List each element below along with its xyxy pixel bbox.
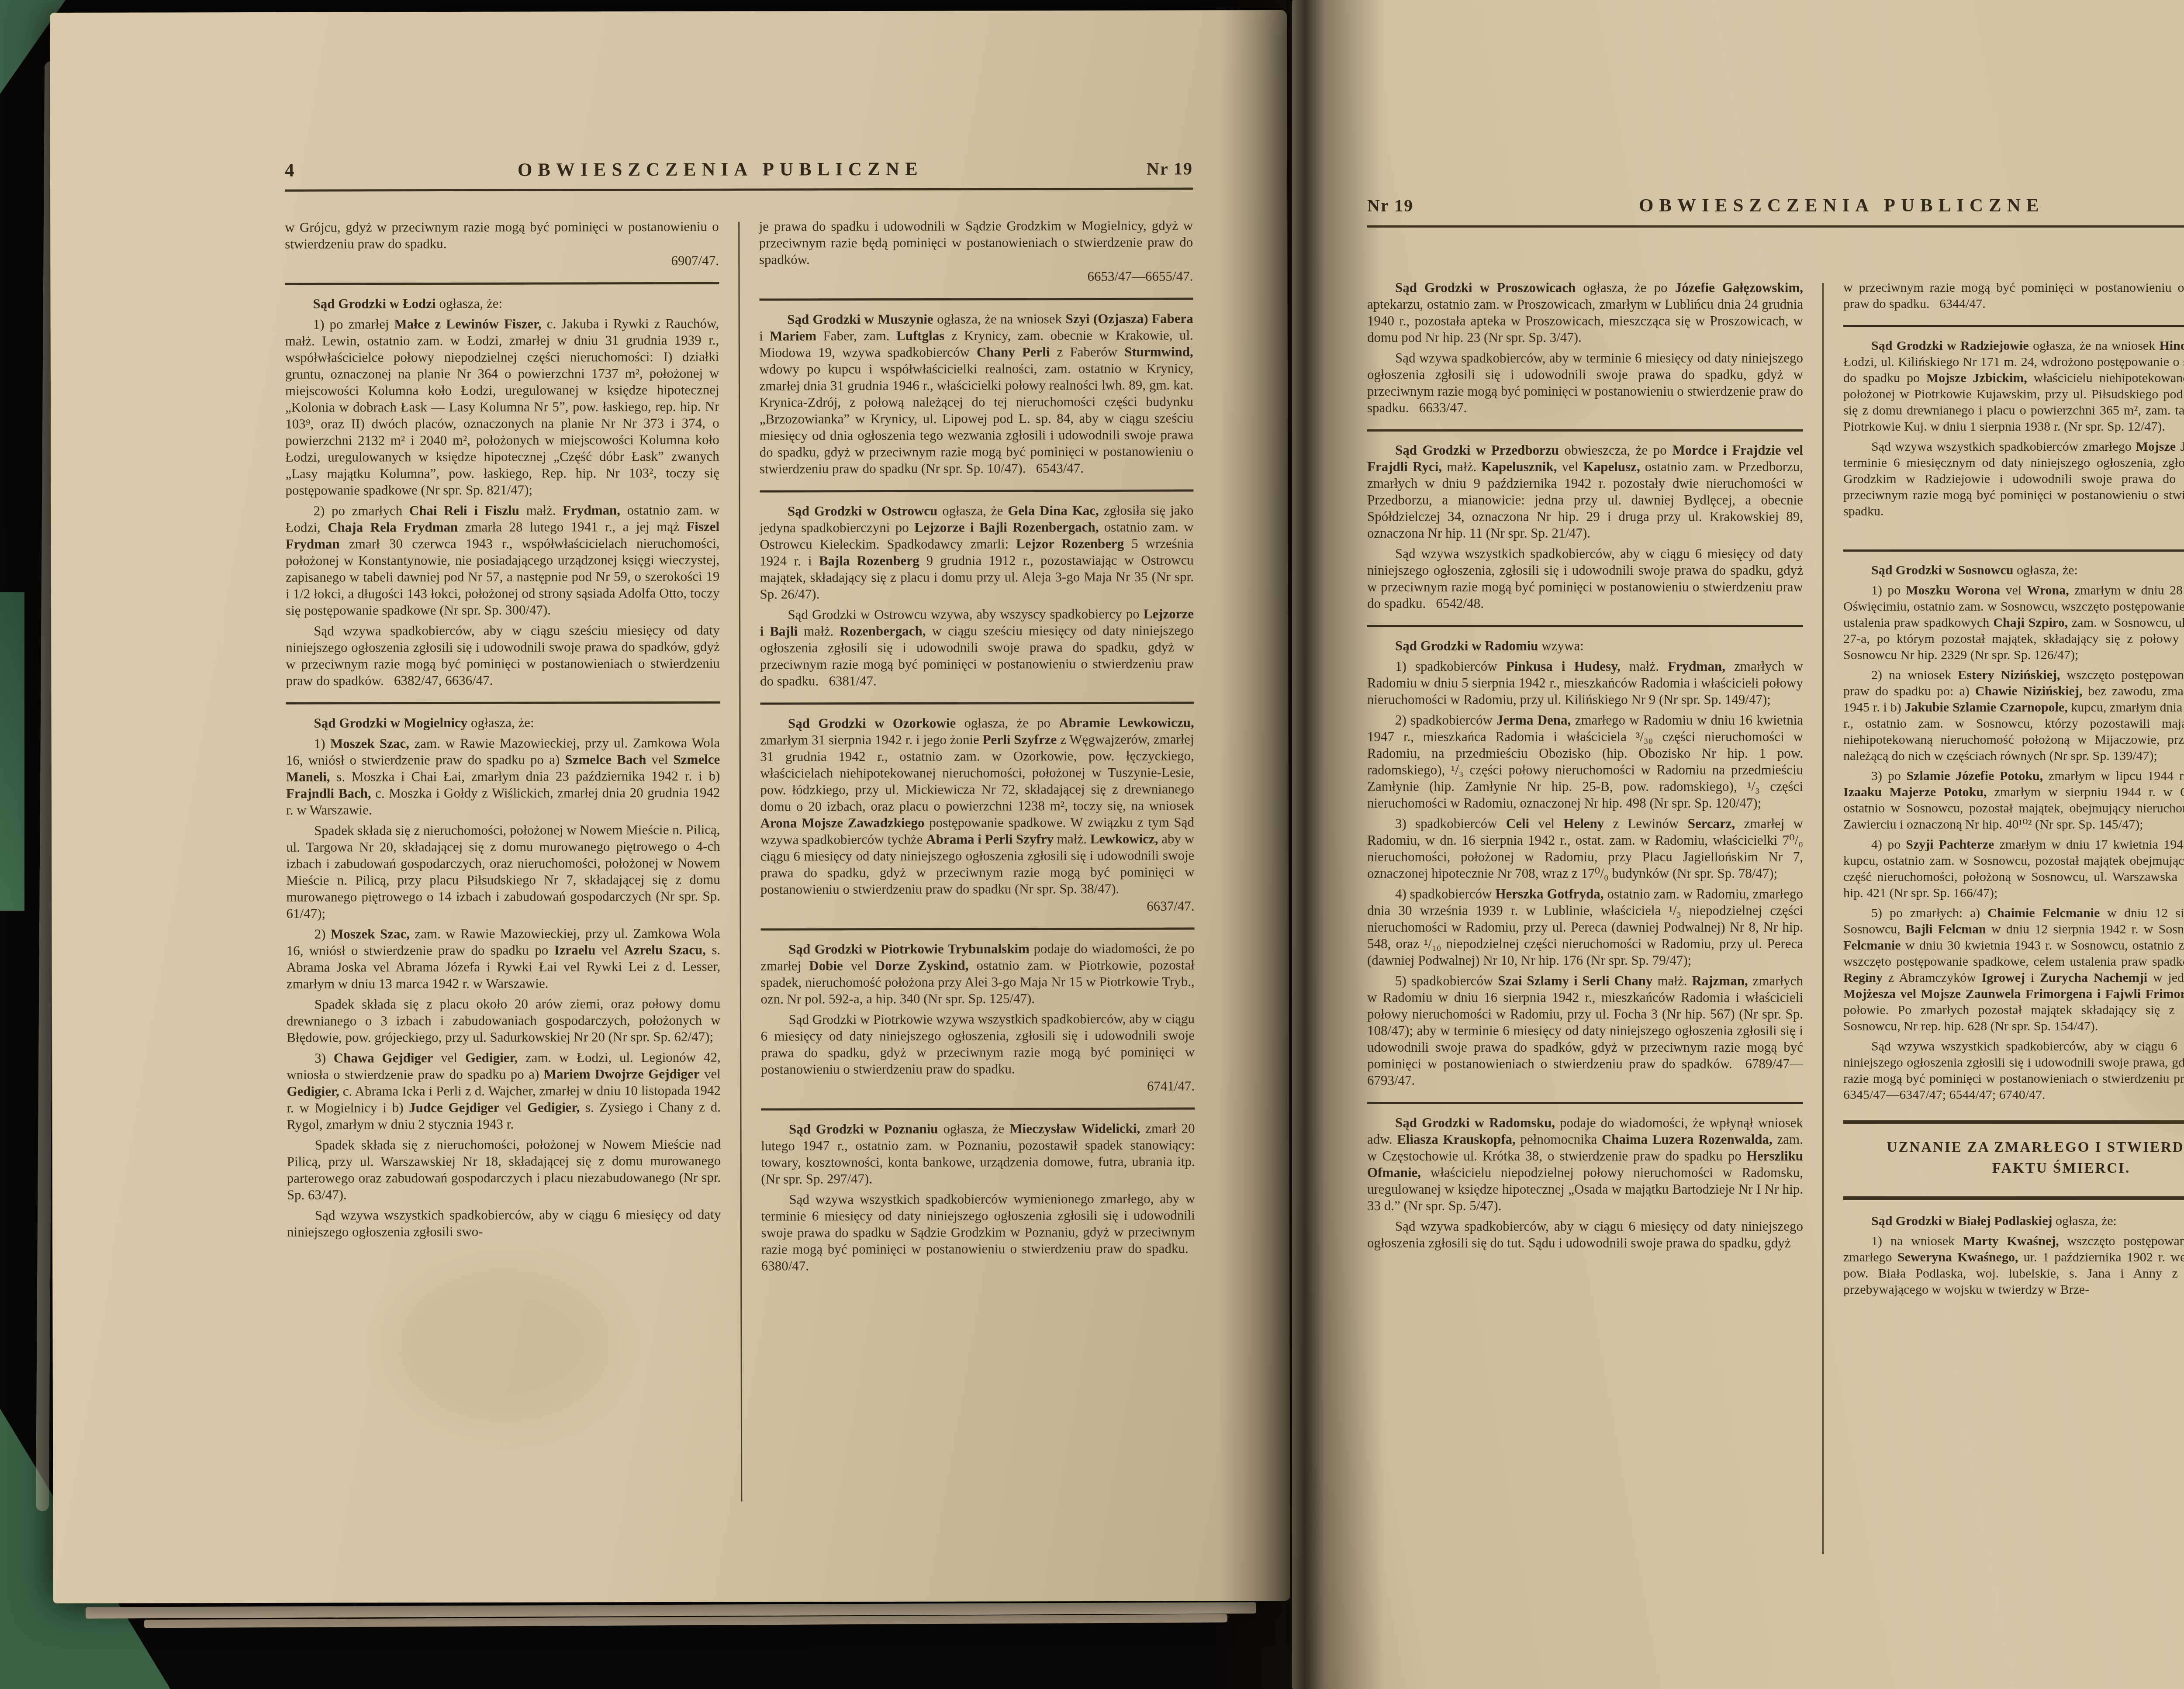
emphasis: Zurycha Nachemji — [2040, 971, 2147, 985]
emphasis: Bajli Felcman — [1906, 922, 1986, 936]
emphasis: Heleny — [1563, 816, 1604, 831]
emphasis: Chaimie Felcmanie — [1987, 906, 2100, 920]
paragraph: 1) po Moszku Worona vel Wrona, zmarłym w… — [1843, 582, 2184, 663]
paragraph: Spadek składa się z nieruchomości, położ… — [287, 1136, 721, 1203]
emphasis: Chaji Szpiro, — [1993, 615, 2068, 630]
emphasis: Sąd Grodzki w Ozorkowie — [788, 715, 956, 731]
paragraph: 2) po zmarłych Chai Reli i Fiszlu małż. … — [286, 502, 720, 619]
emphasis: Sąd Grodzki w Radziejowie — [1871, 338, 2029, 353]
paragraph: Sąd Grodzki w Mogielnicy ogłasza, że: — [286, 714, 720, 732]
emphasis: Frajndli Bach, — [286, 785, 371, 801]
case-reference: 6637/47. — [760, 898, 1195, 915]
emphasis: Chawie Nizińskiej, — [1975, 684, 2083, 698]
paragraph: Sąd wzywa wszystkich spadkobierców, aby … — [1367, 546, 1803, 612]
paragraph: Sąd Grodzki w Ostrowcu wzywa, aby wszysc… — [760, 605, 1194, 689]
paragraph: 3) Chawa Gejdiger vel Gedigier, zam. w Ł… — [287, 1049, 721, 1133]
section-divider — [1843, 1196, 2184, 1200]
page-number: 4 — [285, 160, 294, 181]
paragraph: Spadek składa się z placu około 20 arów … — [287, 995, 721, 1046]
emphasis: Frydman, — [563, 502, 620, 518]
emphasis: Sercarz, — [1688, 816, 1735, 831]
paragraph: Sąd Grodzki w Muszynie ogłasza, że na wn… — [759, 310, 1193, 477]
emphasis: Sąd Grodzki w Białej Podlaskiej — [1871, 1214, 2053, 1228]
paragraph: Sąd Grodzki w Ostrowcu ogłasza, że Gela … — [760, 502, 1194, 602]
paragraph: 1) po zmarłej Małce z Lewinów Fiszer, c.… — [285, 315, 719, 499]
paragraph: Sąd wzywa wszystkich spadkobierców wymie… — [761, 1190, 1195, 1274]
paragraph: 3) po Szlamie Józefie Potoku, zmarłym w … — [1843, 768, 2184, 832]
paragraph: 1) na wniosek Marty Kwaśnej, wszczęto po… — [1843, 1233, 2184, 1298]
paragraph: Sąd Grodzki w Radomsku, podaje do wiadom… — [1367, 1115, 1803, 1214]
emphasis: Frydman, — [1668, 659, 1725, 674]
emphasis: Sturmwind, — [1124, 344, 1193, 359]
paragraph: Sąd wzywa wszystkich spadkobierców zmarł… — [1843, 439, 2184, 519]
emphasis: Pinkusa i Hudesy, — [1506, 659, 1621, 674]
case-reference: 6907/47. — [285, 252, 719, 270]
emphasis: Sąd Grodzki w Przedborzu — [1395, 442, 1559, 458]
emphasis: Chany Perli — [977, 344, 1050, 359]
emphasis: Sąd Grodzki w Łodzi — [313, 296, 436, 311]
header-rule — [1367, 225, 2184, 228]
emphasis: Lejzorze i Bajli — [760, 606, 1194, 639]
emphasis: Mojsze Jzbickiego, — [2136, 439, 2184, 454]
paragraph: Spadek składa się z nieruchomości, położ… — [286, 822, 720, 922]
emphasis: Azrelu Szacu, — [624, 942, 706, 957]
emphasis: Małce z Lewinów Fiszer, — [394, 316, 542, 332]
emphasis: Sąd Grodzki w Piotrkowie Trybunalskim — [788, 941, 1030, 957]
column-divider — [738, 222, 742, 1502]
section-divider — [286, 701, 720, 705]
paragraph: Sąd wzywa wszystkich spadkobierców, aby … — [287, 1206, 721, 1240]
page-5-column-2: w przeciwnym razie mogą być pominięci w … — [1843, 280, 2184, 1298]
case-reference: 6653/47—6655/47. — [759, 268, 1193, 285]
page-5: Nr 19 OBWIESZCZENIA PUBLICZNE 5 Sąd Grod… — [1292, 0, 2184, 1689]
emphasis: Igrowej — [1982, 971, 2025, 985]
paragraph: Sąd Grodzki w Ozorkowie ogłasza, że po A… — [760, 714, 1194, 898]
issue-number: Nr 19 — [1367, 195, 1413, 216]
page-4-header: 4 OBWIESZCZENIA PUBLICZNE Nr 19 — [285, 158, 1193, 181]
emphasis: Sąd Grodzki w Radomiu — [1395, 638, 1538, 653]
paragraph: 5) po zmarłych: a) Chaimie Felcmanie w d… — [1843, 905, 2184, 1034]
emphasis: Perli Szyfrze — [983, 732, 1057, 747]
emphasis: Kapelusz, — [1583, 459, 1640, 474]
paragraph: 1) Moszek Szac, zam. w Rawie Mazowieckie… — [286, 735, 720, 819]
journal-title: OBWIESZCZENIA PUBLICZNE — [1639, 195, 2045, 216]
emphasis: Moszek Szac, — [331, 926, 410, 941]
paragraph: 3) spadkobierców Celi vel Heleny z Lewin… — [1367, 815, 1803, 882]
section-banner: UZNANIE ZA ZMARŁEGO I STWIERDZENIE FAKTU… — [1856, 1137, 2184, 1179]
scanned-gazette-photo: { "colors": { "paper": "#d3c4a5", "ink":… — [0, 0, 2184, 1689]
emphasis: Celi — [1506, 816, 1529, 831]
emphasis: Mojżesza vel Mojsze Zaunwela Frimorgena … — [1843, 987, 2184, 1001]
emphasis: Jerma Dena, — [1496, 712, 1571, 728]
emphasis: Wrona, — [2027, 583, 2069, 598]
section-divider — [1843, 1120, 2184, 1124]
emphasis: Herszliku Ofmanie, — [1367, 1148, 1803, 1180]
emphasis: Józefie Gałęzowskim, — [1675, 280, 1803, 295]
paragraph: w Grójcu, gdyż w przeciwnym razie mogą b… — [285, 218, 719, 252]
emphasis: Chai Reli i Fiszlu — [409, 503, 519, 518]
emphasis: Kapelusznik, — [1481, 459, 1557, 474]
header-rule — [285, 187, 1193, 191]
emphasis: Sąd Grodzki w Radomsku, — [1395, 1115, 1555, 1130]
emphasis: Rozenbergach, — [840, 623, 926, 639]
case-reference: 6741/47. — [761, 1078, 1195, 1095]
emphasis: Jakubie Szlamie Czarnopole, — [1904, 700, 2067, 715]
paragraph: Sąd Grodzki w Proszowicach ogłasza, że p… — [1367, 280, 1803, 346]
emphasis: Herszka Gotfryda, — [1495, 886, 1603, 901]
emphasis: Szlamie Józefie Potoku, — [1906, 769, 2043, 783]
paragraph: 4) po Szyji Pachterze zmarłym w dniu 17 … — [1843, 836, 2184, 901]
emphasis: Estery Nizińskiej, — [1958, 668, 2060, 682]
case-reference: 4888/47. — [1843, 520, 2184, 536]
emphasis: Mariem Dwojrze Gejdiger — [544, 1066, 700, 1082]
emphasis: Sąd Grodzki w Muszynie — [787, 311, 933, 327]
emphasis: Szai Szlamy i Serli Chany — [1498, 973, 1652, 988]
emphasis: Izraelu — [554, 942, 596, 957]
paragraph: Sąd Grodzki w Poznaniu ogłasza, że Miecz… — [761, 1120, 1195, 1187]
page-4-column-1: w Grójcu, gdyż w przeciwnym razie mogą b… — [285, 218, 721, 1275]
section-divider — [760, 701, 1194, 705]
paragraph: 4) spadkobierców Herszka Gotfryda, ostat… — [1367, 886, 1803, 969]
emphasis: Gedigier, — [287, 1084, 339, 1099]
emphasis: Bajla Rozenberg — [819, 553, 919, 568]
emphasis: Chaima Luzera Rozenwalda, — [1602, 1132, 1773, 1147]
emphasis: Marty Kwaśnej, — [1963, 1234, 2059, 1248]
section-divider — [1367, 1102, 1803, 1104]
section-divider — [759, 297, 1193, 300]
emphasis: Abramie Lewkowiczu, — [1059, 715, 1194, 730]
emphasis: Szyji Pachterze — [1906, 837, 1994, 852]
column-divider — [1822, 283, 1824, 1554]
emphasis: Mieczysław Widelicki, — [1009, 1121, 1140, 1136]
section-divider — [1843, 549, 2184, 552]
emphasis: Abrama i Perli Szyfry — [926, 831, 1054, 847]
emphasis: Sąd Grodzki w Sosnowcu — [1871, 563, 2013, 577]
journal-title: OBWIESZCZENIA PUBLICZNE — [518, 159, 923, 181]
emphasis: Gela Dina Kac, — [1008, 503, 1099, 518]
emphasis: Sąd Grodzki w Ostrowcu — [788, 503, 937, 519]
emphasis: Gedigier, — [465, 1050, 518, 1065]
paragraph: w przeciwnym razie mogą być pominięci w … — [1843, 280, 2184, 312]
paragraph: Sąd Grodzki w Przedborzu obwieszcza, że … — [1367, 442, 1803, 542]
page-4-column-2: je prawa do spadku i udowodnili w Sądzie… — [759, 217, 1196, 1274]
paragraph: Sąd Grodzki w Białej Podlaskiej ogłasza,… — [1843, 1213, 2184, 1229]
paragraph: Sąd wzywa spadkobierców, aby w ciągu 6 m… — [1367, 1218, 1803, 1251]
emphasis: Seweryna Kwaśnego, — [1897, 1250, 2018, 1264]
emphasis: Mojsze Jzbickim, — [1926, 371, 2027, 385]
section-divider — [1367, 429, 1803, 432]
emphasis: Lejzorze i Bajli Rozenbergach, — [914, 519, 1099, 535]
emphasis: Luftglas — [896, 328, 944, 343]
paragraph: 1) spadkobierców Pinkusa i Hudesy, małż.… — [1367, 658, 1803, 708]
section-divider — [760, 927, 1195, 930]
page-5-column-1: Sąd Grodzki w Proszowicach ogłasza, że p… — [1367, 280, 1803, 1298]
issue-number: Nr 19 — [1147, 158, 1193, 179]
section-divider — [1367, 625, 1803, 627]
emphasis: Judce Gejdiger — [409, 1100, 499, 1115]
emphasis: Chawa Gejdiger — [334, 1050, 433, 1065]
emphasis: Lejzor Rozenberg — [1016, 536, 1124, 552]
section-divider — [285, 282, 719, 285]
emphasis: Rajzman, — [1692, 973, 1748, 988]
section-divider — [761, 1107, 1195, 1110]
page-5-columns: Sąd Grodzki w Proszowicach ogłasza, że p… — [1367, 280, 2184, 1298]
emphasis: Eliasza Krauskopfa, — [1397, 1132, 1516, 1147]
emphasis: Chaja Rela Frydman — [328, 519, 458, 535]
emphasis: Moszek Szac, — [330, 736, 409, 751]
section-divider — [760, 489, 1194, 492]
section-divider — [1843, 325, 2184, 327]
paragraph: Sąd Grodzki w Łodzi ogłasza, że: — [285, 295, 719, 312]
paragraph: Sąd Grodzki w Piotrkowie Trybunalskim po… — [760, 940, 1195, 1007]
paragraph: Sąd Grodzki w Sosnowcu ogłasza, że: — [1843, 562, 2184, 578]
emphasis: Sąd Grodzki w Proszowicach — [1395, 280, 1576, 295]
emphasis: Wolfie Felcmanie — [1843, 922, 2184, 953]
paragraph: 2) na wniosek Estery Nizińskiej, wszczęt… — [1843, 667, 2184, 764]
emphasis: Gedigier, — [527, 1099, 580, 1115]
emphasis: Moszku Worona — [1906, 583, 2000, 598]
paragraph: Sąd wzywa wszystkich spadkobierców, aby … — [1843, 1038, 2184, 1103]
emphasis: Mariem — [770, 328, 816, 343]
page-4-columns: w Grójcu, gdyż w przeciwnym razie mogą b… — [285, 217, 1195, 1275]
emphasis: Arona Mojsze Zawadzkiego — [760, 815, 925, 831]
emphasis: Szmelce Maneli, — [286, 752, 720, 784]
paragraph: Sąd wzywa spadkobierców, aby w terminie … — [1367, 350, 1803, 416]
paragraph: Sąd Grodzki w Piotrkowie wzywa wszystkic… — [760, 1010, 1195, 1078]
paragraph: je prawa do spadku i udowodnili w Sądzie… — [759, 217, 1193, 268]
emphasis: Dorze Zyskind, — [875, 958, 969, 973]
emphasis: Sąd Grodzki w Poznaniu — [789, 1121, 938, 1137]
page-5-header: Nr 19 OBWIESZCZENIA PUBLICZNE 5 — [1367, 195, 2184, 216]
emphasis: Dobie — [809, 958, 843, 973]
emphasis: Izaaku Majerze Potoku, — [1843, 785, 1987, 799]
emphasis: Szyi (Ozjasza) Fabera — [1065, 311, 1193, 326]
page-4: 4 OBWIESZCZENIA PUBLICZNE Nr 19 w Grójcu… — [50, 10, 1290, 1603]
emphasis: Hindy Listek, — [2159, 338, 2184, 353]
book-cover-edge-left — [0, 592, 24, 911]
paragraph: Sąd Grodzki w Radziejowie ogłasza, że na… — [1843, 338, 2184, 435]
paragraph: 5) spadkobierców Szai Szlamy i Serli Cha… — [1367, 973, 1803, 1089]
paragraph: 2) spadkobierców Jerma Dena, zmarłego w … — [1367, 712, 1803, 812]
paragraph: Sąd Grodzki w Radomiu wzywa: — [1367, 638, 1803, 654]
emphasis: Szmelce Bach — [565, 752, 646, 767]
paragraph: Sąd wzywa spadkobierców, aby w ciągu sze… — [286, 622, 720, 689]
emphasis: Lewkowicz, — [1090, 831, 1158, 846]
paragraph: 2) Moszek Szac, zam. w Rawie Mazowieckie… — [287, 925, 721, 992]
emphasis: Sąd Grodzki w Mogielnicy — [314, 715, 468, 731]
